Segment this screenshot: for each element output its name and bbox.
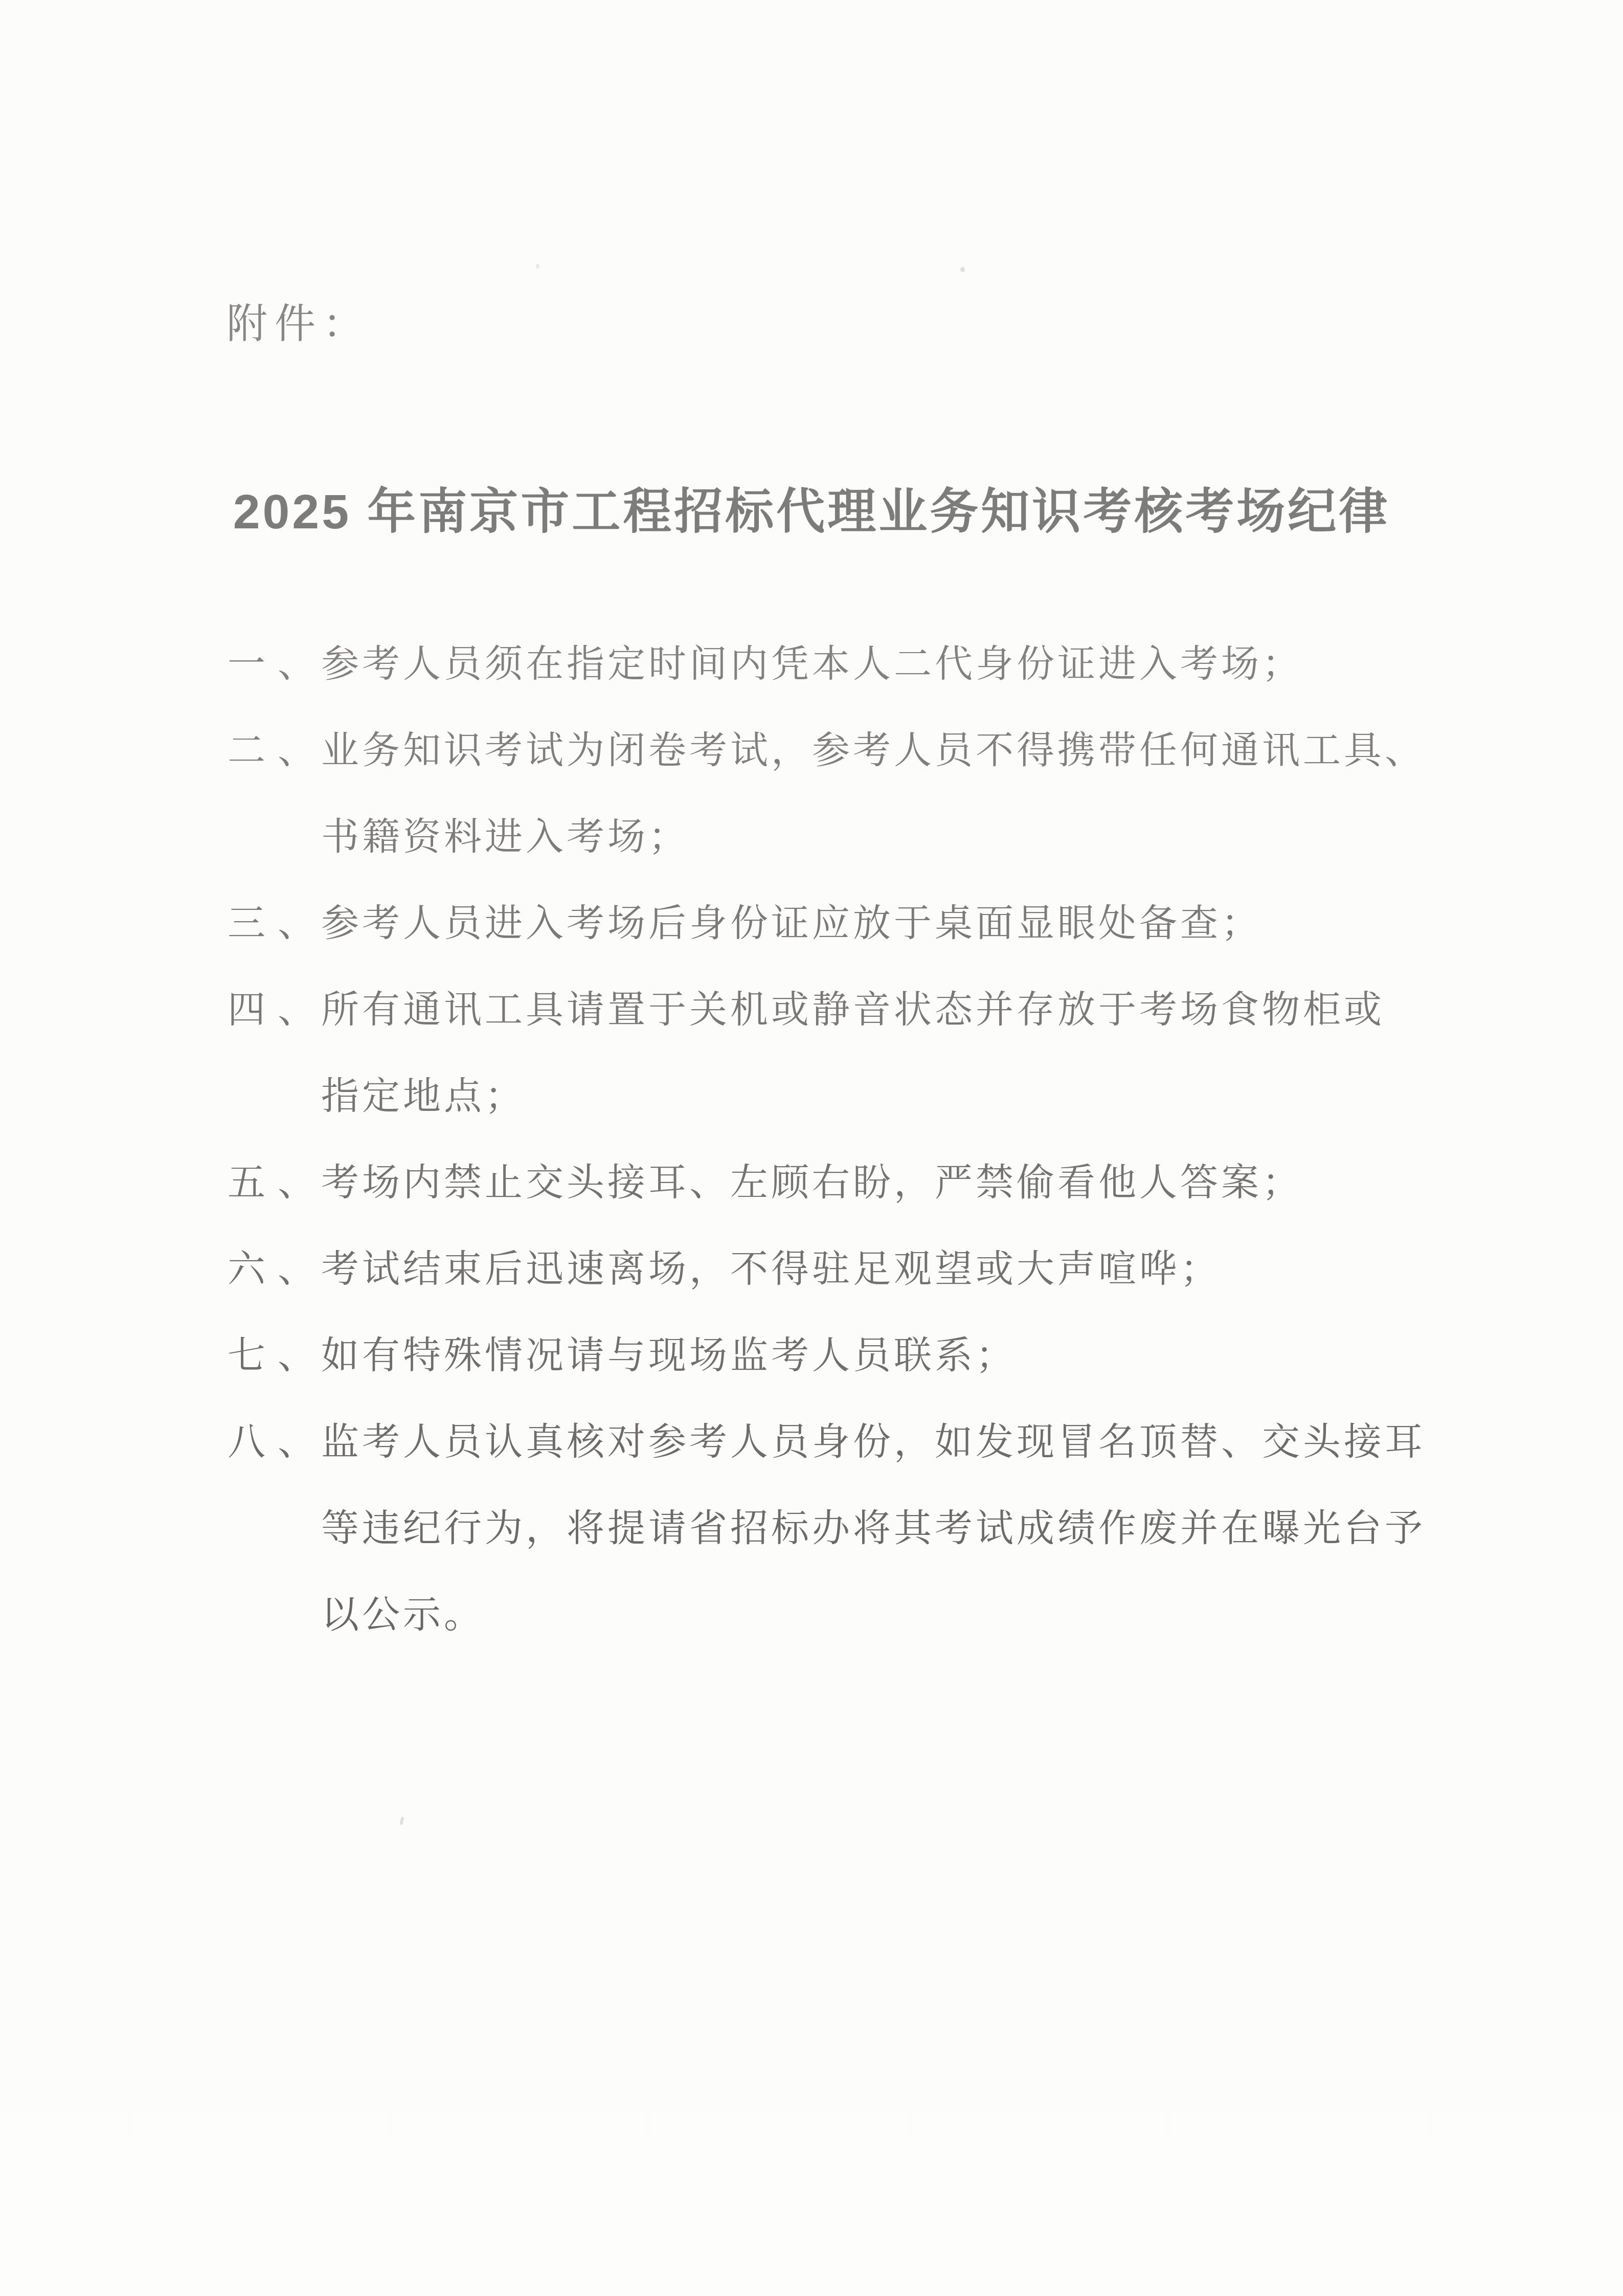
scan-speck: [960, 267, 965, 272]
rule-line-1: 一、参考人员须在指定时间内凭本人二代身份证进入考场；: [228, 637, 1419, 723]
rule-text: 参考人员须在指定时间内凭本人二代身份证进入考场；: [321, 643, 1303, 685]
rule-marker: 八、: [228, 1415, 321, 1470]
rule-marker: 七、: [228, 1328, 321, 1384]
rule-line-5: 五、考场内禁止交头接耳、左顾右盼，严禁偷看他人答案；: [228, 1155, 1419, 1242]
rule-marker: 五、: [228, 1155, 321, 1211]
rule-marker: 四、: [228, 983, 321, 1038]
scan-speck: [399, 1817, 404, 1825]
rule-line-8-cont2: 以公示。: [228, 1588, 1419, 1674]
rule-text: 考场内禁止交头接耳、左顾右盼，严禁偷看他人答案；: [321, 1162, 1303, 1204]
rule-text: 如有特殊情况请与现场监考人员联系；: [321, 1335, 1017, 1377]
rule-line-2: 二、业务知识考试为闭卷考试，参考人员不得携带任何通讯工具、: [228, 723, 1419, 810]
rule-text: 业务知识考试为闭卷考试，参考人员不得携带任何通讯工具、: [321, 730, 1426, 772]
document-page: 附件： 2025 年南京市工程招标代理业务知识考核考场纪律 一、参考人员须在指定…: [0, 0, 1623, 2296]
rule-line-6: 六、考试结束后迅速离场，不得驻足观望或大声喧哗；: [228, 1242, 1419, 1328]
rule-text: 参考人员进入考场后身份证应放于桌面显眼处备查；: [321, 903, 1262, 945]
document-title: 2025 年南京市工程招标代理业务知识考核考场纪律: [0, 473, 1623, 543]
rule-text: 指定地点；: [321, 1076, 526, 1118]
rule-line-8: 八、监考人员认真核对参考人员身份，如发现冒名顶替、交头接耳: [228, 1415, 1419, 1501]
rule-marker: 三、: [228, 896, 321, 951]
rule-text: 书籍资料进入考场；: [321, 816, 689, 858]
rule-text: 监考人员认真核对参考人员身份，如发现冒名顶替、交头接耳: [321, 1421, 1426, 1463]
rule-marker: 二、: [228, 723, 321, 778]
rule-line-4-cont: 指定地点；: [228, 1069, 1419, 1155]
rule-marker: 六、: [228, 1242, 321, 1297]
scan-speck: [536, 264, 539, 269]
rule-text: 等违纪行为，将提请省招标办将其考试成绩作废并在曝光台予: [321, 1508, 1426, 1550]
rules-list: 一、参考人员须在指定时间内凭本人二代身份证进入考场； 二、业务知识考试为闭卷考试…: [228, 637, 1419, 1674]
rule-text: 以公示。: [321, 1594, 485, 1636]
attachment-label: 附件：: [227, 291, 371, 349]
rule-line-2-cont: 书籍资料进入考场；: [228, 810, 1419, 896]
rule-text: 所有通讯工具请置于关机或静音状态并存放于考场食物柜或: [321, 989, 1385, 1031]
rule-line-4: 四、所有通讯工具请置于关机或静音状态并存放于考场食物柜或: [228, 983, 1419, 1069]
rule-line-7: 七、如有特殊情况请与现场监考人员联系；: [228, 1328, 1419, 1415]
rule-marker: 一、: [228, 637, 321, 692]
rule-line-8-cont1: 等违纪行为，将提请省招标办将其考试成绩作废并在曝光台予: [228, 1501, 1419, 1588]
rule-line-3: 三、参考人员进入考场后身份证应放于桌面显眼处备查；: [228, 896, 1419, 983]
rule-text: 考试结束后迅速离场，不得驻足观望或大声喧哗；: [321, 1249, 1221, 1290]
